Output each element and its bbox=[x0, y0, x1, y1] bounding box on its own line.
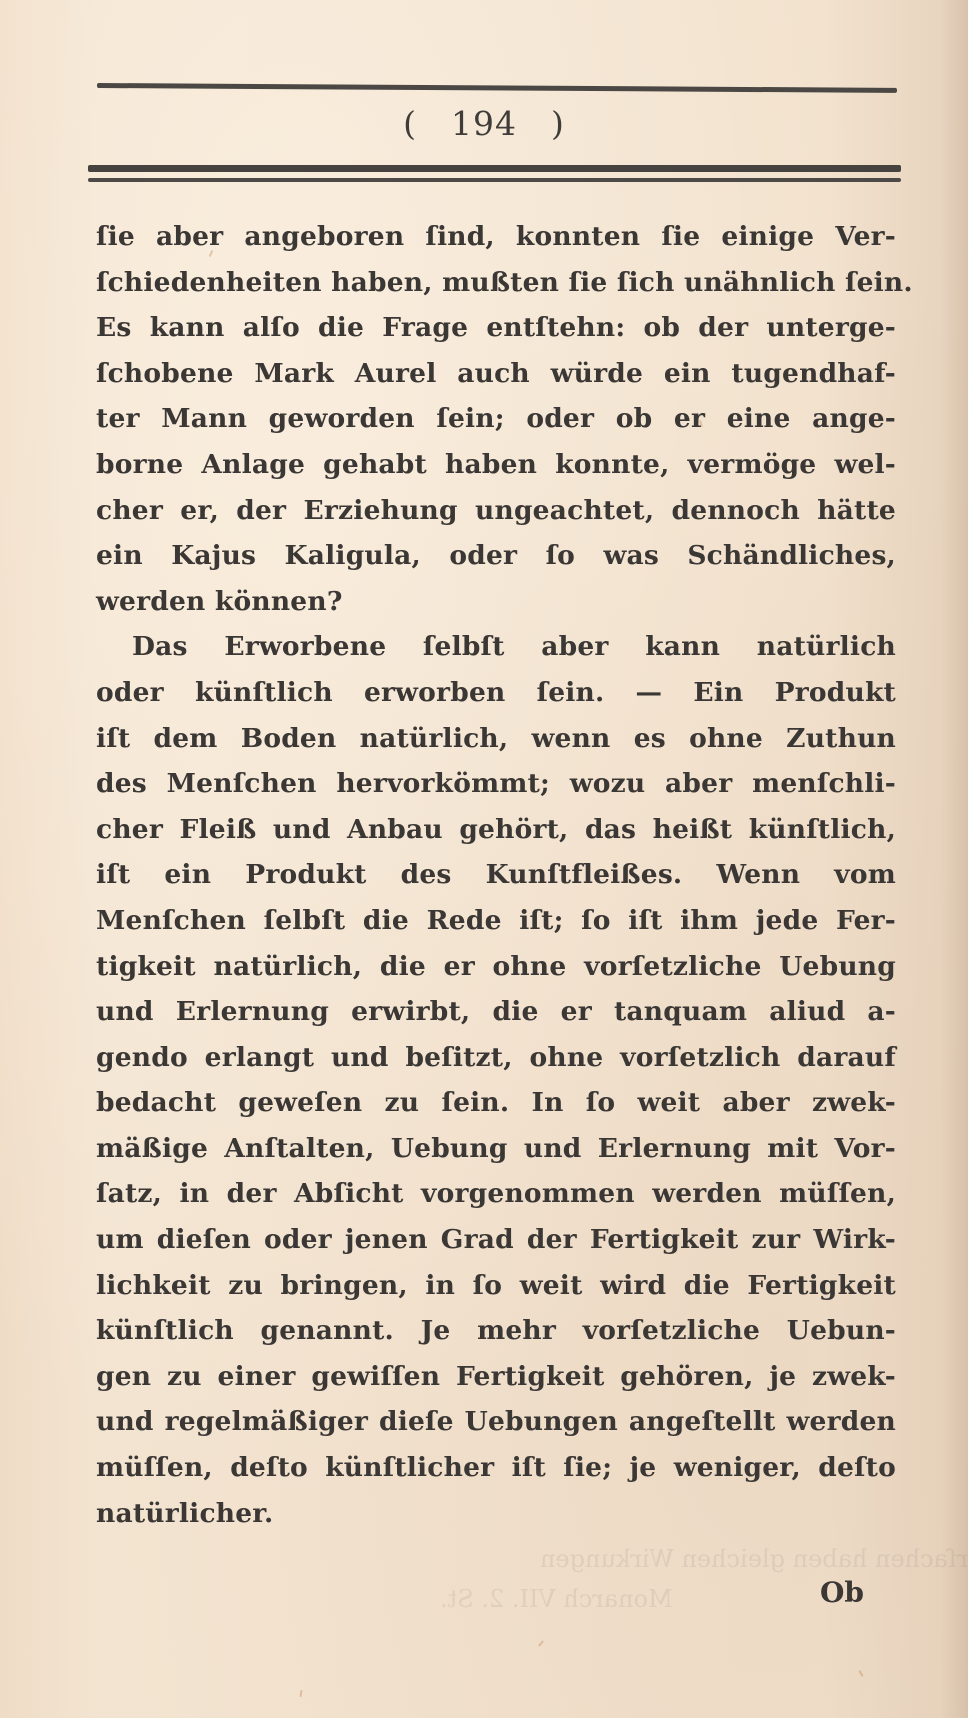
page-header: (194) bbox=[0, 104, 968, 143]
catchword: Ob bbox=[820, 1576, 864, 1609]
text-line: Es kann alſo die Frage entſtehn: ob der … bbox=[96, 305, 896, 351]
show-through-text: Urſachen haben gleichen Wirkungen bbox=[540, 1545, 968, 1573]
text-line: ſchiedenheiten haben, mußten ſie ſich un… bbox=[96, 260, 896, 306]
text-line: tigkeit natürlich, die er ohne vorſetzli… bbox=[96, 944, 896, 990]
text-line: bedacht geweſen zu ſein. In ſo weit aber… bbox=[96, 1080, 896, 1126]
text-line: mäßige Anſtalten, Uebung und Erlernung m… bbox=[96, 1126, 896, 1172]
text-line: des Menſchen hervorkömmt; wozu aber menſ… bbox=[96, 761, 896, 807]
text-line: um dieſen oder jenen Grad der Fertigkeit… bbox=[96, 1217, 896, 1263]
page-number: 194 bbox=[451, 104, 517, 143]
text-line: künſtlich genannt. Je mehr vorſetzliche … bbox=[96, 1308, 896, 1354]
text-line: gen zu einer gewiſſen Fertigkeit gehören… bbox=[96, 1354, 896, 1400]
show-through-text: Monarch VII. 2. St. bbox=[440, 1585, 673, 1613]
text-line: Menſchen ſelbſt die Rede iſt; ſo iſt ihm… bbox=[96, 898, 896, 944]
book-page: Urſachen haben gleichen Wirkungen Monarc… bbox=[0, 0, 968, 1718]
text-line: oder künſtlich erworben ſein. — Ein Prod… bbox=[96, 670, 896, 716]
text-line: iſt ein Produkt des Kunſtfleißes. Wenn v… bbox=[96, 852, 896, 898]
text-line: iſt dem Boden natürlich, wenn es ohne Zu… bbox=[96, 716, 896, 762]
text-line: und regelmäßiger dieſe Uebungen angeſtel… bbox=[96, 1399, 896, 1445]
text-line: ein Kajus Kaligula, oder ſo was Schändli… bbox=[96, 533, 896, 579]
header-open-paren: ( bbox=[403, 104, 417, 143]
text-line: cher Fleiß und Anbau gehört, das heißt k… bbox=[96, 807, 896, 853]
header-rule-double-upper bbox=[88, 165, 901, 172]
text-line: gendo erlangt und beſitzt, ohne vorſetzl… bbox=[96, 1035, 896, 1081]
text-line-paragraph-start: Das Erworbene ſelbſt aber kann natürlich bbox=[96, 624, 896, 670]
text-line-paragraph-end: natürlicher. bbox=[96, 1491, 896, 1537]
header-close-paren: ) bbox=[551, 104, 565, 143]
body-text: ſie aber angeboren ſind, konnten ſie ein… bbox=[96, 214, 896, 1536]
text-line: ter Mann geworden ſein; oder ob er eine … bbox=[96, 396, 896, 442]
text-line: ſatz, in der Abſicht vorgenommen werden … bbox=[96, 1171, 896, 1217]
paper-speck bbox=[299, 1690, 302, 1697]
text-line: cher er, der Erziehung ungeachtet, denno… bbox=[96, 488, 896, 534]
page-edge-shadow bbox=[940, 0, 968, 1718]
text-line: und Erlernung erwirbt, die er tanquam al… bbox=[96, 989, 896, 1035]
text-line: lichkeit zu bringen, in ſo weit wird die… bbox=[96, 1263, 896, 1309]
header-rule-top bbox=[97, 83, 897, 93]
header-rule-double-lower bbox=[88, 178, 901, 182]
text-line: müſſen, deſto künſtlicher iſt ſie; je we… bbox=[96, 1445, 896, 1491]
text-line: ſie aber angeboren ſind, konnten ſie ein… bbox=[96, 214, 896, 260]
paper-speck bbox=[538, 1640, 544, 1647]
text-line-paragraph-end: werden können? bbox=[96, 579, 896, 625]
text-line: borne Anlage gehabt haben konnte, vermög… bbox=[96, 442, 896, 488]
text-line: ſchobene Mark Aurel auch würde ein tugen… bbox=[96, 351, 896, 397]
paper-speck bbox=[858, 1670, 863, 1677]
